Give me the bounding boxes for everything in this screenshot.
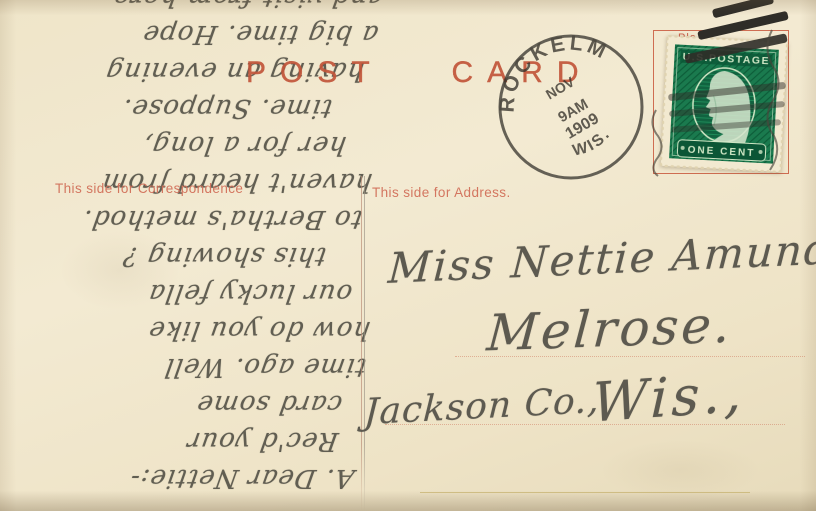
- message-line: Rec'd your: [0, 422, 341, 459]
- postmark: ROCKELM NOV 9AM 1909 WIS.: [486, 22, 656, 192]
- message-line: her for a long,: [0, 126, 349, 163]
- message-line: card some: [0, 385, 345, 422]
- postmark-month: NOV: [543, 73, 578, 102]
- address-line-county: Jackson Co.,: [363, 380, 601, 434]
- postmark-town: ROCKELM: [486, 22, 619, 123]
- address-line-town: Melrose.: [485, 296, 735, 363]
- center-divider: [361, 176, 365, 511]
- cancellation-squiggle: [644, 108, 670, 178]
- cancellation-squiggle: [758, 28, 788, 174]
- message-line: A. Dear Nettie:-: [0, 459, 357, 496]
- svg-text:ROCKELM: ROCKELM: [486, 22, 619, 123]
- message-line: how do you like: [0, 311, 373, 348]
- address-guide-line: [420, 492, 750, 493]
- paper-smudge: [600, 440, 760, 500]
- address-line-state: Wis.,: [591, 360, 747, 434]
- message-line: our lucky fella: [0, 274, 355, 311]
- message-line: a big time. Hope: [0, 15, 381, 52]
- postcard-back: A. Dear Nettie:-Rec'd yourcard sometime …: [0, 0, 816, 511]
- message-line: time ago. Well: [0, 348, 369, 385]
- message-line: time. Suppose.: [0, 89, 335, 126]
- message-line: to Bertha's method.: [0, 200, 365, 237]
- message-line: this showing ?: [0, 237, 329, 274]
- message-line: and visit from here: [0, 0, 387, 15]
- address-line-name: Miss Nettie Amundson,: [387, 220, 816, 293]
- correspondence-label: This side for Correspondence: [55, 181, 243, 196]
